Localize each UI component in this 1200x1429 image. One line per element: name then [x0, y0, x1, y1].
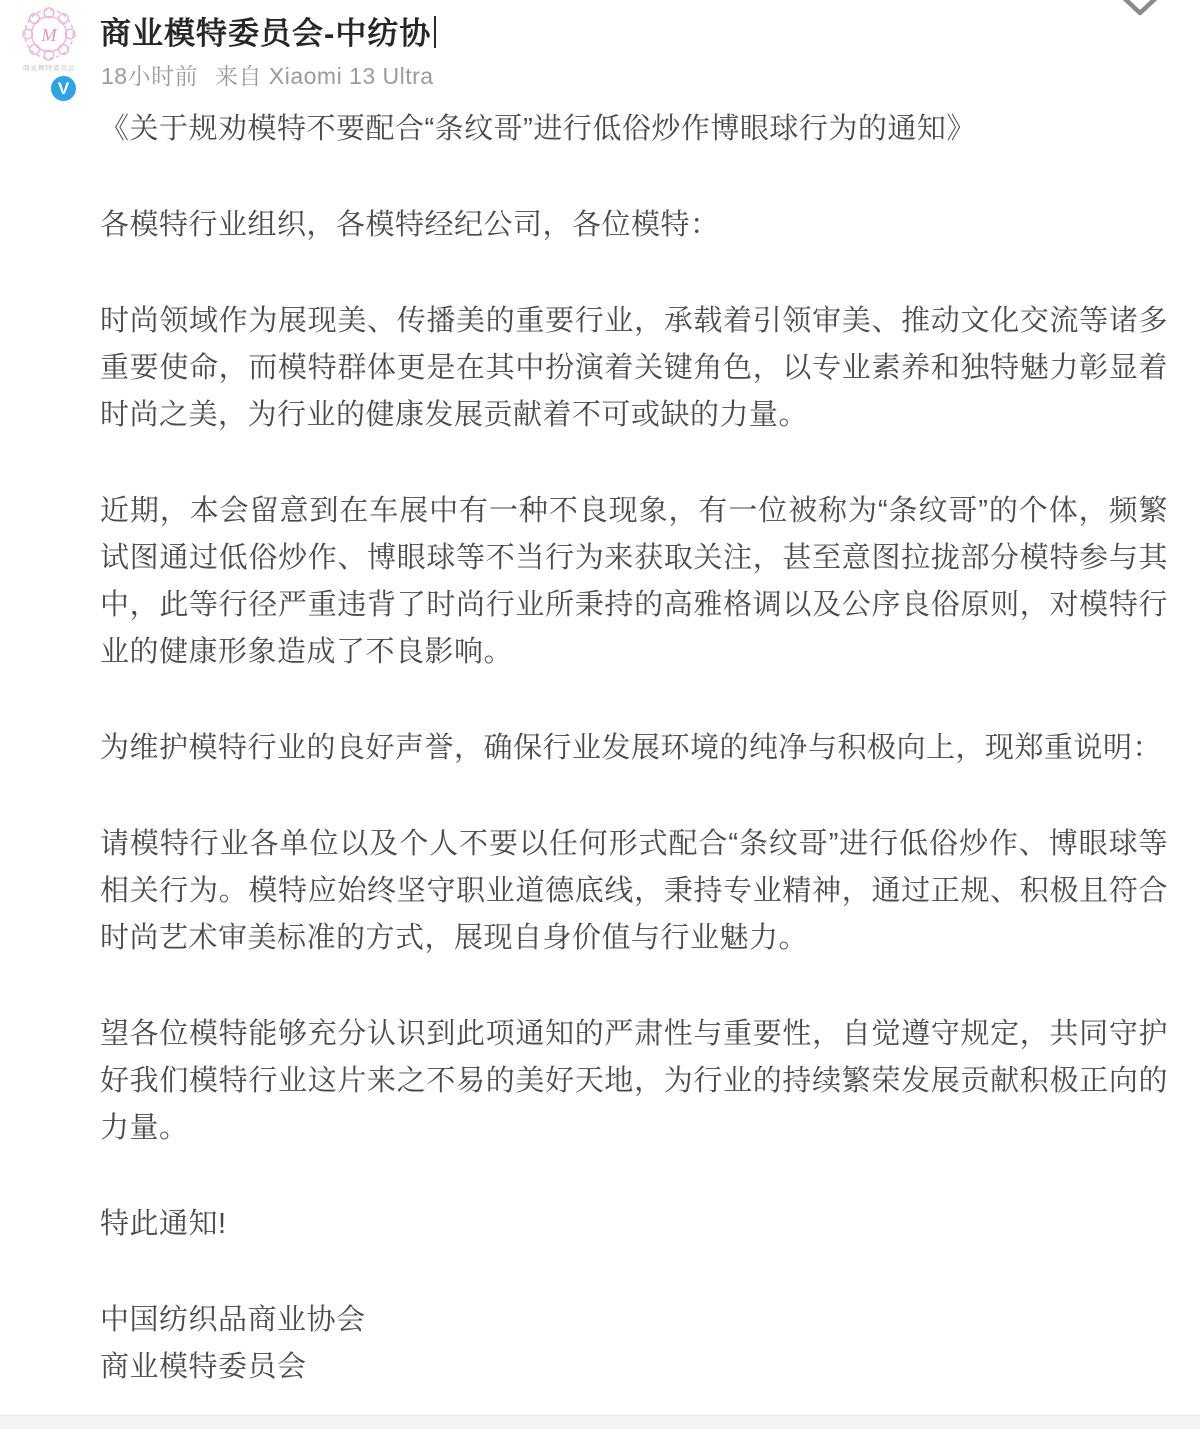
avatar-flower-logo: M: [18, 6, 80, 64]
post-paragraph: 为维护模特行业的良好声誉，确保行业发展环境的纯净与积极向上，现郑重说明：: [100, 725, 1168, 772]
verified-badge-icon[interactable]: V: [49, 74, 78, 103]
chevron-down-icon[interactable]: [1120, 0, 1160, 20]
post-paragraph: 请模特行业各单位以及个人不要以任何形式配合“条纹哥”进行低俗炒作、博眼球等相关行…: [100, 821, 1168, 962]
account-name-text: 商业模特委员会-中纺协: [100, 16, 431, 51]
avatar-monogram: M: [40, 25, 58, 45]
card-bottom-divider: [0, 1415, 1200, 1429]
text-cursor: [434, 16, 436, 48]
signature-block: 中国纺织品商业协会 商业模特委员会: [100, 1297, 1168, 1391]
timestamp: 18小时前: [101, 63, 198, 89]
post-paragraph: 时尚领域作为展现美、传播美的重要行业，承载着引领审美、推动文化交流等诸多重要使命…: [100, 298, 1168, 439]
post-paragraph: 望各位模特能够充分认识到此项通知的严肃性与重要性，自觉遵守规定，共同守护好我们模…: [100, 1011, 1168, 1152]
source-device-link[interactable]: 来自 Xiaomi 13 Ultra: [215, 63, 434, 89]
post-meta: 18小时前 来自 Xiaomi 13 Ultra: [101, 58, 434, 91]
post-paragraph: 特此通知!: [100, 1201, 1168, 1248]
post-body: 《关于规劝模特不要配合“条纹哥”进行低俗炒作博眼球行为的通知》 各模特行业组织，…: [100, 106, 1168, 1391]
post-title: 《关于规劝模特不要配合“条纹哥”进行低俗炒作博眼球行为的通知》: [100, 106, 1168, 153]
post-paragraph: 近期，本会留意到在车展中有一种不良现象，有一位被称为“条纹哥”的个体，频繁试图通…: [100, 488, 1168, 676]
account-name[interactable]: 商业模特委员会-中纺协: [100, 8, 436, 53]
post-paragraph: 各模特行业组织，各模特经纪公司，各位模特：: [100, 202, 1168, 249]
avatar[interactable]: M 商业模特委员会: [12, 6, 86, 73]
weibo-post-card: M 商业模特委员会 V 商业模特委员会-中纺协 18小时前 来自 Xiaomi …: [0, 0, 1200, 1429]
signature-line: 商业模特委员会: [100, 1344, 1168, 1391]
signature-line: 中国纺织品商业协会: [100, 1297, 1168, 1344]
avatar-caption: 商业模特委员会: [12, 65, 86, 73]
